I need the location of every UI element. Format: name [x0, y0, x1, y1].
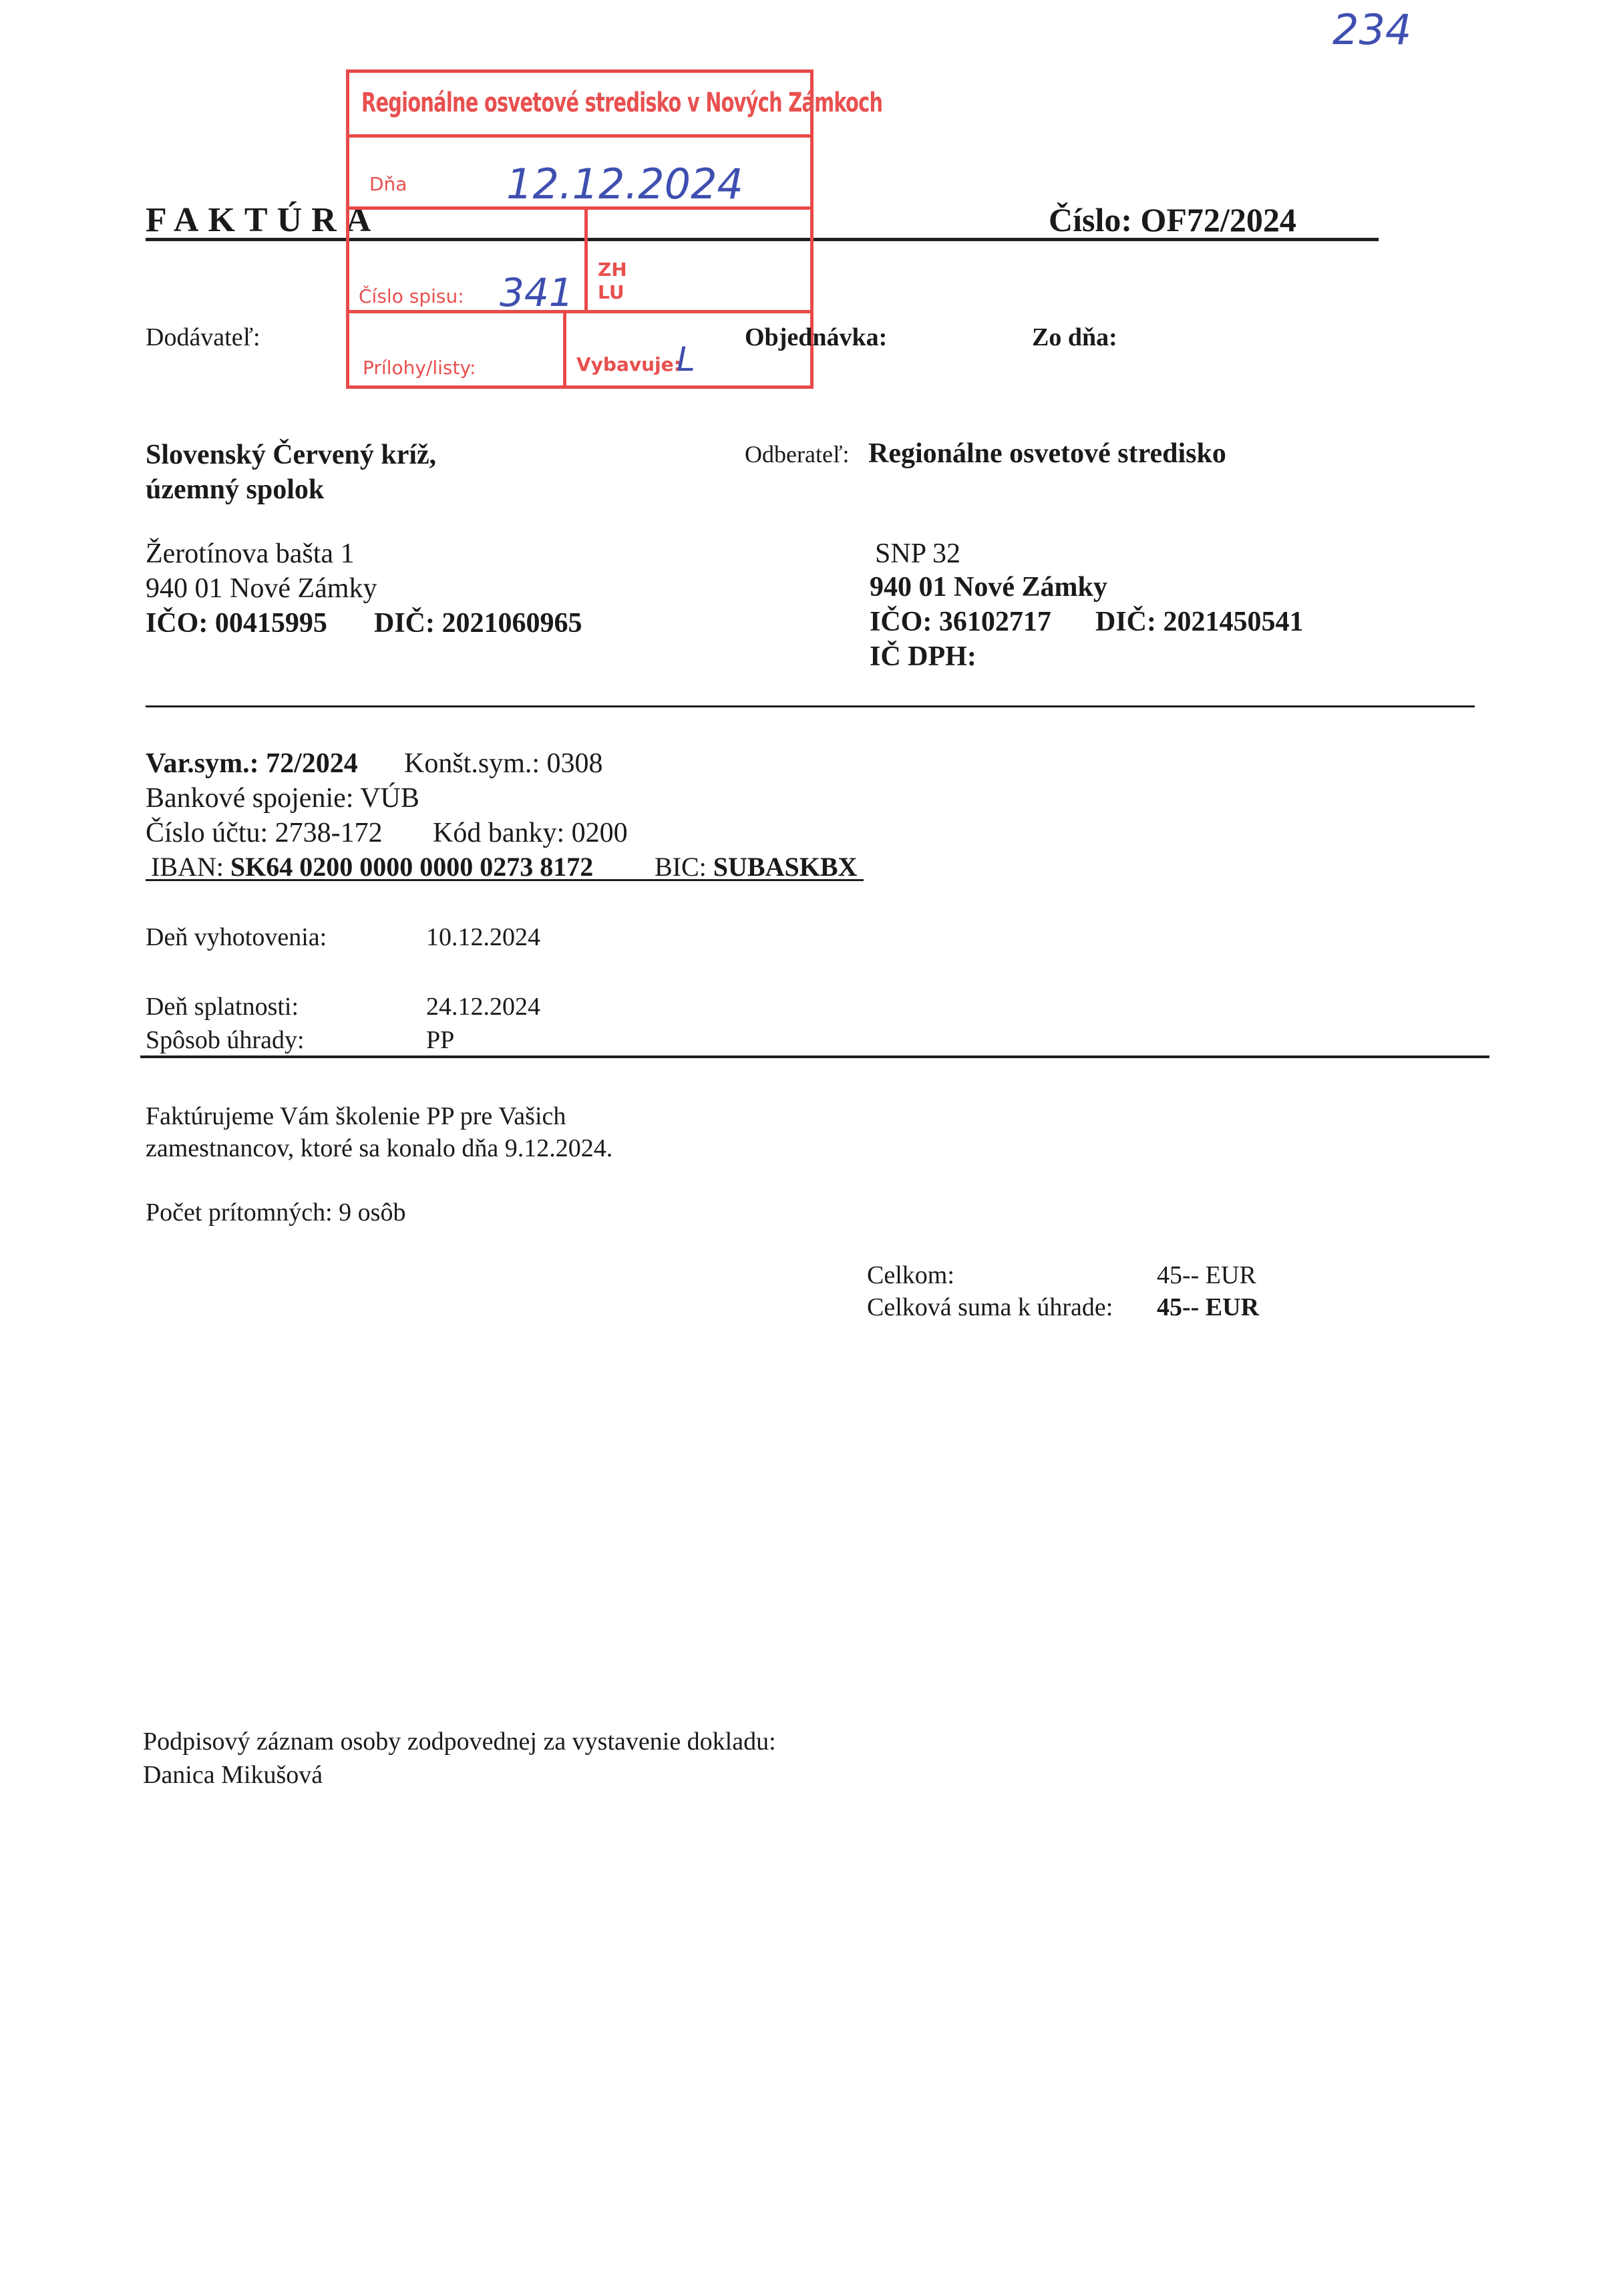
supplier-ico: IČO: 00415995	[146, 609, 327, 637]
amount-due-label: Celková suma k úhrade:	[867, 1295, 1113, 1320]
iban-value: SK64 0200 0000 0000 0273 8172	[230, 852, 593, 882]
issue-date-value: 10.12.2024	[426, 925, 540, 950]
bank-code: Kód banky: 0200	[433, 819, 628, 847]
document-title: FAKTÚRA	[146, 200, 380, 240]
stamp-organization: Regionálne osvetové stredisko v Nových Z…	[361, 88, 882, 118]
order-date-label: Zo dňa:	[1032, 325, 1117, 350]
supplier-name-line1: Slovenský Červený kríž,	[146, 441, 436, 469]
supplier-name-line2: územný spolok	[146, 476, 324, 504]
customer-dic: DIČ: 2021450541	[1095, 608, 1304, 636]
stamp-code-zh: ZH	[598, 259, 627, 281]
customer-name: Regionálne osvetové stredisko	[868, 440, 1226, 468]
iban-label: IBAN:	[151, 852, 224, 882]
issue-date-label: Deň vyhotovenia:	[146, 925, 327, 950]
amount-due-value: 45-- EUR	[1157, 1295, 1259, 1320]
customer-city: 940 01 Nové Zámky	[870, 573, 1107, 601]
customer-ic-dph: IČ DPH:	[870, 643, 976, 671]
stamp-handled-by-value: L	[677, 340, 695, 379]
stamp-registry-value: 341	[500, 270, 574, 315]
stamp-handled-by-label: Vybavuje:	[576, 353, 681, 375]
signature-label: Podpisový záznam osoby zodpovednej za vy…	[143, 1729, 776, 1754]
description-line1: Faktúrujeme Vám školenie PP pre Vašich	[146, 1104, 566, 1129]
account-number: Číslo účtu: 2738-172	[146, 819, 383, 847]
stamp-date-label: Dňa	[369, 173, 407, 195]
handwritten-page-number: 234	[1332, 5, 1411, 54]
constant-symbol: Konšt.sym.: 0308	[404, 750, 603, 778]
iban-underline	[146, 879, 864, 881]
variable-symbol: Var.sym.: 72/2024	[146, 750, 358, 778]
bic-label: BIC:	[655, 852, 707, 882]
stamp-attachments-label: Prílohy/listy:	[363, 357, 476, 379]
supplier-dic: DIČ: 2021060965	[374, 609, 582, 637]
total-label: Celkom:	[867, 1263, 954, 1288]
invoice-number: Číslo: OF72/2024	[1049, 200, 1296, 239]
due-date-value: 24.12.2024	[426, 994, 540, 1019]
customer-ico: IČO: 36102717	[870, 608, 1051, 636]
description-line2: zamestnancov, ktoré sa konalo dňa 9.12.2…	[146, 1136, 612, 1161]
total-value: 45-- EUR	[1157, 1263, 1256, 1288]
supplier-city: 940 01 Nové Zámky	[146, 575, 377, 603]
customer-street: SNP 32	[875, 540, 960, 568]
dates-divider	[140, 1055, 1489, 1058]
address-divider	[146, 705, 1475, 707]
stamp-registry-label: Číslo spisu:	[359, 285, 464, 307]
bic-value: SUBASKBX	[713, 852, 858, 882]
bic-row: BIC: SUBASKBX	[655, 854, 857, 880]
supplier-label: Dodávateľ:	[146, 325, 260, 350]
supplier-street: Žerotínova bašta 1	[146, 540, 355, 568]
bank-name: Bankové spojenie: VÚB	[146, 784, 419, 812]
payment-method-label: Spôsob úhrady:	[146, 1027, 305, 1053]
order-label: Objednávka:	[745, 325, 887, 350]
stamp-date-value: 12.12.2024	[506, 160, 743, 208]
registry-stamp: Regionálne osvetové stredisko v Nových Z…	[346, 69, 814, 389]
attendance: Počet prítomných: 9 osôb	[146, 1200, 405, 1225]
signature-name: Danica Mikušová	[143, 1762, 323, 1788]
customer-label: Odberateľ:	[745, 442, 850, 466]
stamp-code-lu: LU	[598, 281, 624, 303]
payment-method-value: PP	[426, 1027, 454, 1053]
due-date-label: Deň splatnosti:	[146, 994, 299, 1019]
iban-row: IBAN: SK64 0200 0000 0000 0273 8172	[151, 854, 593, 880]
